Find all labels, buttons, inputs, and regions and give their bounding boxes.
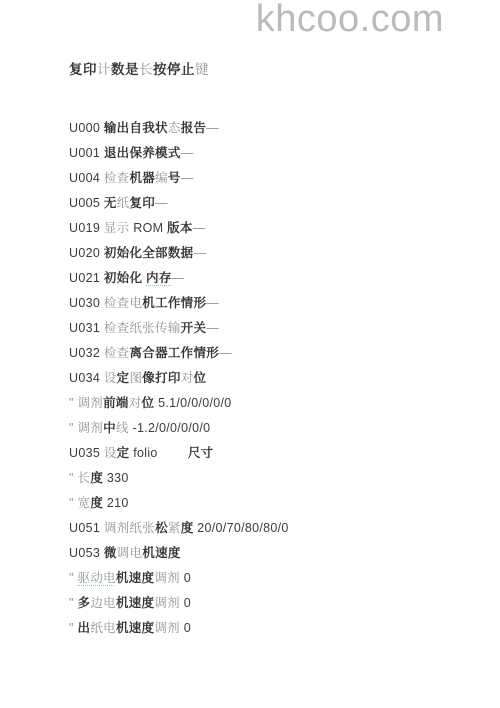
text-segment: " 调剂 [69, 396, 103, 410]
text-segment: U001 [69, 146, 104, 160]
text-segment: 对 [181, 371, 194, 385]
text-segment: 检查纸张传输 [104, 321, 181, 335]
text-segment: " [69, 571, 78, 585]
text-segment: — [206, 121, 219, 135]
list-line: U020 初始化全部数据— [69, 241, 484, 266]
text-segment: U035 [69, 446, 104, 460]
text-segment: 离合器工作情形 [129, 346, 219, 360]
text-segment: U019 [69, 221, 104, 235]
text-segment: 5.1/0/0/0/0/0 [154, 396, 231, 410]
text-segment: 检查电 [104, 296, 142, 310]
list-line: U000 输出自我状态报告— [69, 116, 484, 141]
text-segment: 初始化 [104, 271, 146, 285]
text-segment: 调剂纸张 [104, 521, 155, 535]
text-segment: 机速度 [116, 571, 154, 585]
text-segment: 无 [104, 196, 117, 210]
watermark: khcoo.com [256, 0, 444, 41]
text-segment: 按停止 [153, 62, 195, 77]
text-segment: 机器 [129, 171, 155, 185]
text-segment: ROM [129, 221, 167, 235]
text-segment: 复印 [69, 62, 97, 77]
list-line: " 驱动电机速度调剂 0 [69, 566, 484, 591]
text-segment: — [206, 321, 219, 335]
text-segment: 号 [168, 171, 181, 185]
text-segment: 位 [142, 396, 155, 410]
text-segment: — [219, 346, 232, 360]
list-line: U019 显示 ROM 版本— [69, 216, 484, 241]
text-segment: 20/0/70/80/80/0 [194, 521, 289, 535]
text-segment: 330 [103, 471, 129, 485]
text-segment: 数是 [111, 62, 139, 77]
text-segment: folio [129, 446, 187, 460]
text-segment: 调剂 [154, 621, 180, 635]
text-segment: 调剂 [154, 571, 180, 585]
text-segment: 210 [103, 496, 129, 510]
text-segment: " 调剂 [69, 421, 103, 435]
text-segment: U005 [69, 196, 104, 210]
text-segment: 多 [78, 596, 91, 610]
text-segment: 检查 [104, 346, 130, 360]
text-segment: — [193, 221, 206, 235]
text-segment: 报告 [181, 121, 207, 135]
text-segment: 退出保养模式 [104, 146, 181, 160]
list-line: U032 检查离合器工作情形— [69, 341, 484, 366]
text-segment: 边电 [90, 596, 116, 610]
text-segment: U004 [69, 171, 104, 185]
text-segment: " 长 [69, 471, 90, 485]
text-segment: 检查 [104, 171, 130, 185]
text-segment: U021 [69, 271, 104, 285]
text-segment: 微 [104, 546, 117, 560]
text-segment: 设 [104, 371, 117, 385]
text-segment: 机速度 [116, 596, 154, 610]
text-segment: 输出自我状 [104, 121, 168, 135]
text-segment: 前端 [103, 396, 129, 410]
text-segment: — [181, 171, 194, 185]
text-segment: 机速度 [142, 546, 180, 560]
text-segment: U020 [69, 246, 104, 260]
text-segment: 显示 [104, 221, 130, 235]
text-segment: — [155, 196, 168, 210]
list-line: U051 调剂纸张松紧度 20/0/70/80/80/0 [69, 516, 484, 541]
list-line: U034 设定图像打印对位 [69, 366, 484, 391]
list-line: U053 微调电机速度 [69, 541, 484, 566]
page-title: 复印计数是长按停止键 [69, 62, 209, 78]
text-segment: 机速度 [116, 621, 154, 635]
text-segment: 中 [103, 421, 116, 435]
text-segment: 度 [90, 471, 103, 485]
text-segment: 编 [155, 171, 168, 185]
text-segment: 0 [180, 621, 191, 635]
text-segment: " [69, 621, 78, 635]
list-line: " 出纸电机速度调剂 0 [69, 616, 484, 641]
text-segment: 位 [194, 371, 207, 385]
text-segment: 初始化全部数据 [104, 246, 194, 260]
text-segment: 长 [139, 62, 153, 77]
text-segment: 计 [97, 62, 111, 77]
list-line: " 宽度 210 [69, 491, 484, 516]
text-segment: U034 [69, 371, 104, 385]
text-segment: 机工作情形 [142, 296, 206, 310]
document-page: khcoo.com 复印计数是长按停止键 U000 输出自我状态报告—U001 … [0, 0, 500, 708]
text-segment: — [172, 271, 185, 285]
text-segment: 定 [117, 371, 130, 385]
list-line: U005 无纸复印— [69, 191, 484, 216]
text-segment: 设 [104, 446, 117, 460]
text-segment: 纸电 [90, 621, 116, 635]
list-line: " 调剂前端对位 5.1/0/0/0/0/0 [69, 391, 484, 416]
text-segment: 复印 [129, 196, 155, 210]
text-segment: 0 [180, 596, 191, 610]
text-segment: 键 [195, 62, 209, 77]
text-segment: U000 [69, 121, 104, 135]
maintenance-code-list: U000 输出自我状态报告—U001 退出保养模式—U004 检查机器编号—U0… [69, 116, 484, 641]
text-segment: U032 [69, 346, 104, 360]
text-segment: 调电 [117, 546, 143, 560]
list-line: " 长度 330 [69, 466, 484, 491]
text-segment: U053 [69, 546, 104, 560]
text-segment: U030 [69, 296, 104, 310]
text-segment: 出 [78, 621, 91, 635]
underlined-term: 驱动电 [78, 571, 116, 585]
text-segment: 尺寸 [188, 446, 214, 460]
text-segment: 0 [180, 571, 191, 585]
text-segment: 紧 [168, 521, 181, 535]
text-segment: — [181, 146, 194, 160]
list-line: U001 退出保养模式— [69, 141, 484, 166]
list-line: " 多边电机速度调剂 0 [69, 591, 484, 616]
text-segment: 像打印 [142, 371, 180, 385]
text-segment: U031 [69, 321, 104, 335]
text-segment: 对 [129, 396, 142, 410]
text-segment: 开关 [181, 321, 207, 335]
text-segment: 版本 [167, 221, 193, 235]
list-line: " 调剂中线 -1.2/0/0/0/0/0 [69, 416, 484, 441]
text-segment: 度 [181, 521, 194, 535]
list-line: U004 检查机器编号— [69, 166, 484, 191]
list-line: U035 设定 folio 尺寸 [69, 441, 484, 466]
text-segment: 度 [90, 496, 103, 510]
text-segment: — [193, 246, 206, 260]
text-segment: " 宽 [69, 496, 90, 510]
underlined-term: 内存 [146, 271, 172, 285]
text-segment: " [69, 596, 78, 610]
text-segment: 线 [116, 421, 129, 435]
text-segment: — [206, 296, 219, 310]
text-segment: U051 [69, 521, 104, 535]
text-segment: 定 [117, 446, 130, 460]
list-line: U030 检查电机工作情形— [69, 291, 484, 316]
text-segment: 松 [155, 521, 168, 535]
text-segment: 图 [129, 371, 142, 385]
text-segment: 态 [168, 121, 181, 135]
text-segment: 纸 [117, 196, 130, 210]
text-segment: -1.2/0/0/0/0/0 [129, 421, 211, 435]
text-segment: 调剂 [154, 596, 180, 610]
list-line: U031 检查纸张传输开关— [69, 316, 484, 341]
list-line: U021 初始化 内存— [69, 266, 484, 291]
